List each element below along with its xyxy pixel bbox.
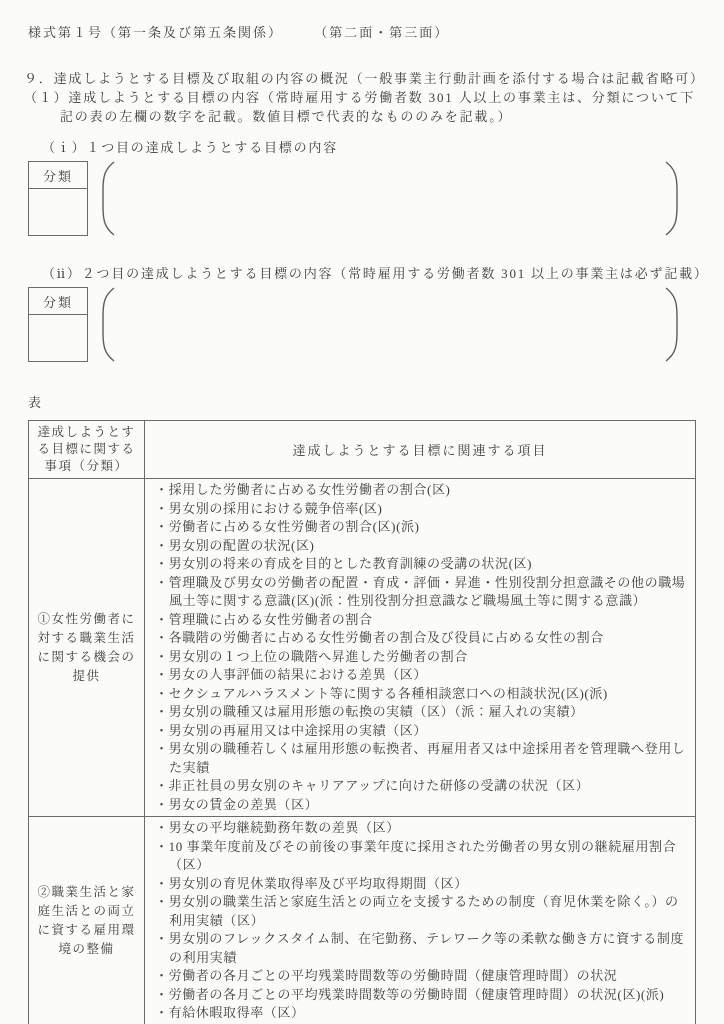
goal-2-classification-field[interactable] [29,315,87,361]
goal-related-item: 男女の賃金の差異（区） [155,796,687,815]
section-9: ９．達成しようとする目標及び取組の内容の概況（一般事業主行動計画を添付する場合は… [24,69,696,126]
items-cell: 採用した労働者に占める女性労働者の割合(区)男女別の採用における競争倍率(区)労… [145,479,696,817]
table-header-row: 達成しようとする目標に関する事項（分類） 達成しようとする目標に関連する項目 [29,421,696,479]
goal-related-item: 男女別のフレックスタイム制、在宅勤務、テレワーク等の柔軟な働き方に資する制度の利… [155,930,687,967]
goal-reference-table: 達成しようとする目標に関する事項（分類） 達成しようとする目標に関連する項目 ①… [28,420,696,1024]
form-number: 様式第１号（第一条及び第五条関係） [28,25,283,40]
goal-related-item: 採用した労働者に占める女性労働者の割合(区) [155,481,687,500]
page-label: （第二面・第三面） [314,25,449,40]
goal-related-item: 男女別の職種又は雇用形態の転換の実績（区）（派：雇入れの実績） [155,703,687,722]
goal-related-item: 男女別の１つ上位の職階へ昇進した労働者の割合 [155,648,687,667]
form-header: 様式第１号（第一条及び第五条関係） （第二面・第三面） [28,22,696,41]
goal-related-item: 管理職に占める女性労働者の割合 [155,611,687,630]
close-paren-icon [664,161,682,236]
goal-related-item: 男女別の職種若しくは雇用形態の転換者、再雇用者又は中途採用者を管理職へ登用した実… [155,740,687,777]
goal-related-item: 10 事業年度前及びその前後の事業年度に採用された労働者の男女別の継続雇用割合（… [155,838,687,875]
goal-related-item: 非正社員の男女別のキャリアアップに向けた研修の受講の状況（区） [155,777,687,796]
goal-related-item: セクシュアルハラスメント等に関する各種相談窓口への相談状況(区)(派) [155,685,687,704]
goal-1-classification-field[interactable] [29,189,87,235]
goal-related-item: 管理職及び男女の労働者の配置・育成・評価・昇進・性別役割分担意識その他の職場風土… [155,574,687,611]
goal-related-item: 男女の平均継続勤務年数の差異（区） [155,819,687,838]
goal-1-heading: （ｉ）１つ目の達成しようとする目標の内容 [28,137,696,156]
goal-1-content-field[interactable] [116,161,664,236]
goal-related-item: 男女別の再雇用又は中途採用の実績（区） [155,722,687,741]
goal-2-content-field[interactable] [116,287,664,362]
goal-2-classification-label: 分類 [29,288,87,315]
goal-2-block: 分類 [28,287,682,362]
goal-related-item: 男女別の将来の育成を目的とした教育訓練の受講の状況(区) [155,555,687,574]
section-9-note-line-2: 記の表の左欄の数字を記載。数値目標で代表的なもののみを記載。） [24,107,696,126]
goal-related-item: 労働者の各月ごとの平均残業時間数等の労働時間（健康管理時間）の状況(区)(派) [155,986,687,1005]
goal-1-classification-label: 分類 [29,162,87,189]
section-9-note-line-1: （１）達成しようとする目標の内容（常時雇用する労働者数 301 人以上の事業主は… [24,88,696,107]
table-row: ①女性労働者に対する職業生活に関する機会の提供 採用した労働者に占める女性労働者… [29,479,696,817]
goal-related-item: 男女の人事評価の結果における差異（区） [155,666,687,685]
goal-related-item: 各職階の労働者に占める女性労働者の割合及び役員に占める女性の割合 [155,629,687,648]
goal-2-classification-box: 分類 [28,287,88,362]
table-row: ②職業生活と家庭生活との両立に資する雇用環境の整備 男女の平均継続勤務年数の差異… [29,817,696,1024]
goal-related-item: 労働者に占める女性労働者の割合(区)(派) [155,518,687,537]
category-cell: ②職業生活と家庭生活との両立に資する雇用環境の整備 [29,817,145,1024]
open-paren-icon [98,161,116,236]
column-header-category: 達成しようとする目標に関する事項（分類） [29,421,145,479]
goal-related-item: 有給休暇取得率（区） [155,1004,687,1023]
section-9-title: ９．達成しようとする目標及び取組の内容の概況（一般事業主行動計画を添付する場合は… [24,69,696,88]
goal-related-item: 男女別の育児休業取得率及び平均取得期間（区） [155,875,687,894]
goal-1-block: 分類 [28,161,682,236]
goal-1-classification-box: 分類 [28,161,88,236]
close-paren-icon [664,287,682,362]
goal-related-item: 男女別の職業生活と家庭生活との両立を支援するための制度（育児休業を除く。）の利用… [155,893,687,930]
goal-related-item: 男女別の配置の状況(区) [155,537,687,556]
table-label: 表 [28,392,696,411]
category-cell: ①女性労働者に対する職業生活に関する機会の提供 [29,479,145,817]
goal-2-heading: （ⅱ）２つ目の達成しようとする目標の内容（常時雇用する労働者数 301 以上の事… [28,263,696,282]
open-paren-icon [98,287,116,362]
goal-related-item: 男女別の採用における競争倍率(区) [155,500,687,519]
goal-related-item: 労働者の各月ごとの平均残業時間数等の労働時間（健康管理時間）の状況 [155,967,687,986]
items-cell: 男女の平均継続勤務年数の差異（区）10 事業年度前及びその前後の事業年度に採用さ… [145,817,696,1024]
form-page: 様式第１号（第一条及び第五条関係） （第二面・第三面） ９．達成しようとする目標… [0,0,724,1024]
column-header-items: 達成しようとする目標に関連する項目 [145,421,696,479]
